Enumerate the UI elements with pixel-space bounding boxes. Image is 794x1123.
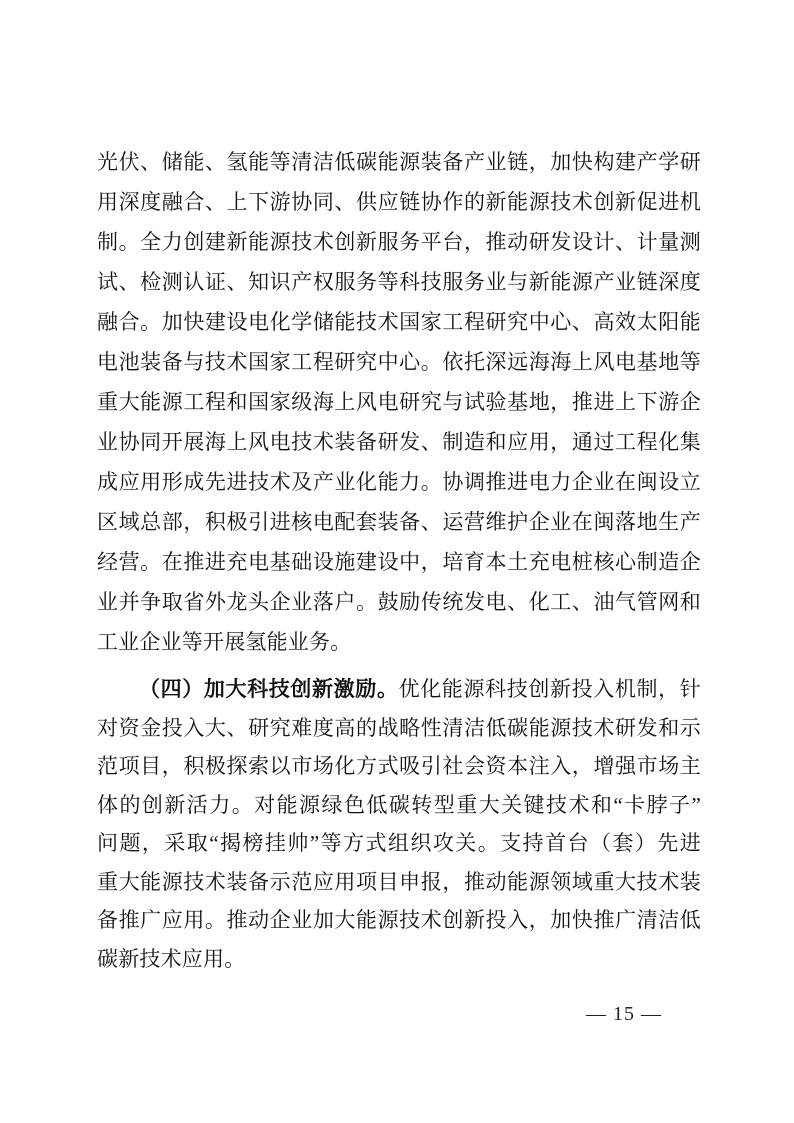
body-text-line: 区域总部，积极引进核电配套装备、运营维护企业在闽落地生产 bbox=[97, 502, 701, 542]
body-text-line: 融合。加快建设电化学储能技术国家工程研究中心、高效太阳能 bbox=[97, 302, 701, 342]
paragraph-section-four: （四）加大科技创新激励。优化能源科技创新投入机制，针 对资金投入大、研究难度高的… bbox=[97, 670, 701, 978]
section-heading: （四）加大科技创新激励。 bbox=[139, 677, 399, 701]
body-text-line: 问题，采取“揭榜挂帅”等方式组织攻关。支持首台（套）先进 bbox=[97, 824, 701, 863]
body-text-line: 试、检测认证、知识产权服务等科技服务业与新能源产业链深度 bbox=[97, 262, 701, 302]
body-text-line: 电池装备与技术国家工程研究中心。依托深远海海上风电基地等 bbox=[97, 342, 701, 382]
body-text-line: 用深度融合、上下游协同、供应链协作的新能源技术创新促进机 bbox=[97, 182, 701, 222]
body-text-line: 光伏、储能、氢能等清洁低碳能源装备产业链，加快构建产学研 bbox=[97, 142, 701, 182]
body-text-line: 备推广应用。推动企业加大能源技术创新投入，加快推广清洁低 bbox=[97, 901, 701, 940]
document-page: 光伏、储能、氢能等清洁低碳能源装备产业链，加快构建产学研 用深度融合、上下游协同… bbox=[0, 0, 794, 1123]
section-heading-line: （四）加大科技创新激励。优化能源科技创新投入机制，针 bbox=[97, 670, 701, 709]
body-text-line: 对资金投入大、研究难度高的战略性清洁低碳能源技术研发和示 bbox=[97, 709, 701, 748]
body-text-line: 业协同开展海上风电技术装备研发、制造和应用，通过工程化集 bbox=[97, 422, 701, 462]
body-text-line: 重大能源技术装备示范应用项目申报，推动能源领域重大技术装 bbox=[97, 863, 701, 902]
paragraph-continuation: 光伏、储能、氢能等清洁低碳能源装备产业链，加快构建产学研 用深度融合、上下游协同… bbox=[97, 142, 701, 662]
body-text-line: 范项目，积极探索以市场化方式吸引社会资本注入，增强市场主 bbox=[97, 747, 701, 786]
body-text-line: 体的创新活力。对能源绿色低碳转型重大关键技术和“卡脖子” bbox=[97, 786, 701, 825]
body-text-line: 业并争取省外龙头企业落户。鼓励传统发电、化工、油气管网和 bbox=[97, 582, 701, 622]
page-number: — 15 — bbox=[586, 1001, 662, 1027]
section-lead-text: 优化能源科技创新投入机制，针 bbox=[399, 677, 701, 701]
body-text-line: 重大能源工程和国家级海上风电研究与试验基地，推进上下游企 bbox=[97, 382, 701, 422]
document-body: 光伏、储能、氢能等清洁低碳能源装备产业链，加快构建产学研 用深度融合、上下游协同… bbox=[97, 142, 701, 978]
body-text-line: 工业企业等开展氢能业务。 bbox=[97, 622, 701, 662]
body-text-line: 碳新技术应用。 bbox=[97, 940, 701, 979]
body-text-line: 经营。在推进充电基础设施建设中，培育本土充电桩核心制造企 bbox=[97, 542, 701, 582]
body-text-line: 成应用形成先进技术及产业化能力。协调推进电力企业在闽设立 bbox=[97, 462, 701, 502]
body-text-line: 制。全力创建新能源技术创新服务平台，推动研发设计、计量测 bbox=[97, 222, 701, 262]
